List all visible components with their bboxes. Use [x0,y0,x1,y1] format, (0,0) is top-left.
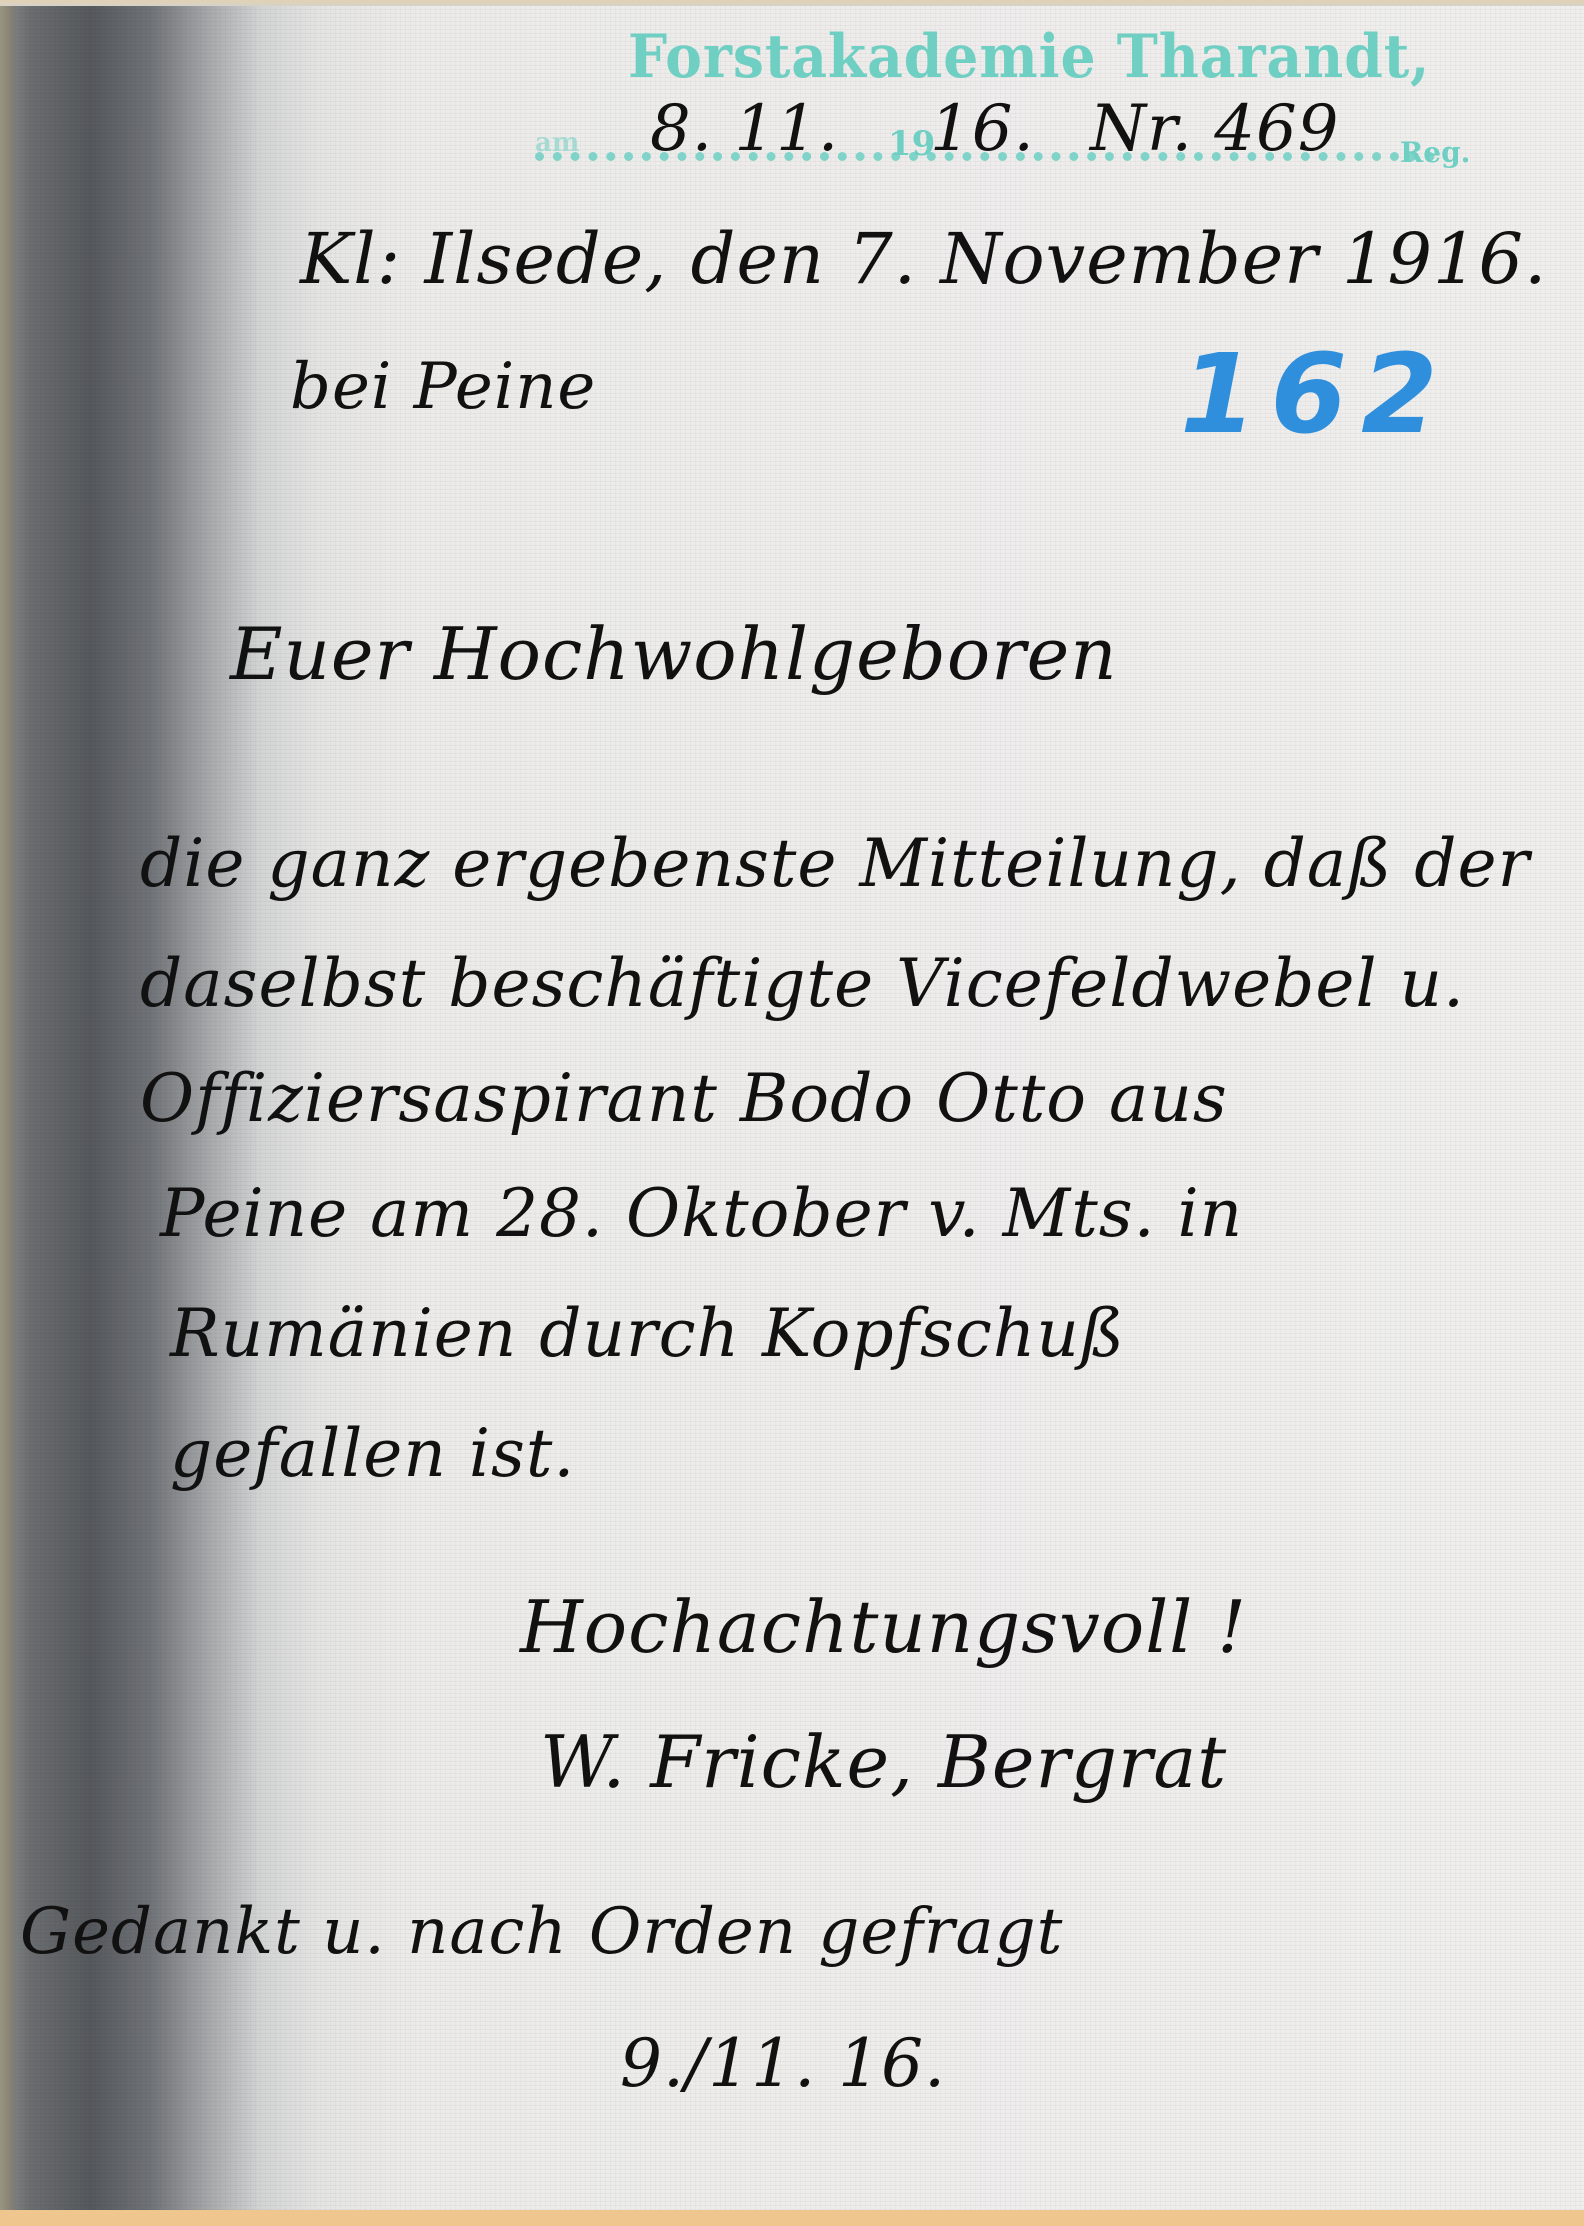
stamp-institution: Forstakademie Tharandt, [628,22,1430,92]
stamp-year-prefix: 19 [888,124,935,164]
body-line: gefallen ist. [170,1415,575,1492]
closing: Hochachtungsvoll ! [520,1585,1247,1669]
page-bottom-edge [0,2210,1584,2226]
annotation-note: Gedankt u. nach Orden gefragt [20,1895,1063,1969]
annotation-date: 9./11. 16. [620,2025,946,2102]
body-line: daselbst beschäftigte Vicefeldwebel u. [140,945,1465,1022]
body-line: Peine am 28. Oktober v. Mts. in [160,1175,1243,1252]
place-date-line: Kl: Ilsede, den 7. November 1916. [300,218,1547,300]
stamp-reg-label: Reg. [1400,136,1470,169]
receipt-number: Nr. 469 [1090,92,1339,166]
binding-edge [0,0,14,2210]
receipt-date: 8. 11. [650,92,839,166]
receipt-year: 16. [930,92,1035,166]
place-line-2: bei Peine [290,350,596,424]
file-number: 162 [1180,330,1452,458]
page-top-edge [0,0,1584,6]
signature: W. Fricke, Bergrat [540,1720,1227,1804]
salutation: Euer Hochwohlgeboren [230,612,1118,696]
stamp-prefix: am [535,128,579,158]
body-line: die ganz ergebenste Mitteilung, daß der [140,825,1530,902]
body-line: Rumänien durch Kopfschuß [170,1295,1125,1372]
body-line: Offiziersaspirant Bodo Otto aus [140,1060,1228,1137]
letter-page: Forstakademie Tharandt, am 19 Reg. 8. 11… [0,0,1584,2210]
